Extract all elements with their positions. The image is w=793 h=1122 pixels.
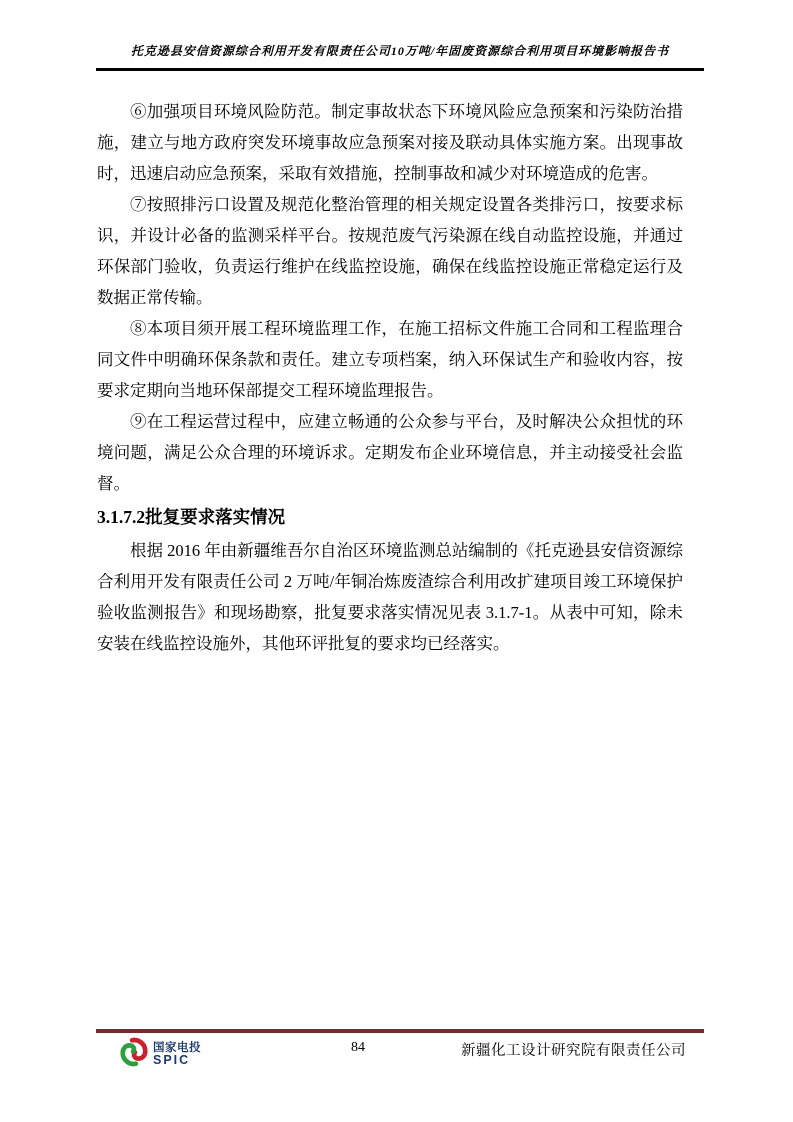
- paragraph-public-participation: ⑨在工程运营过程中，应建立畅通的公众参与平台，及时解决公众担忧的环境问题，满足公…: [97, 406, 683, 499]
- section-heading-number: 3.1.7.2: [97, 507, 145, 527]
- section-heading-title: 批复要求落实情况: [145, 507, 285, 527]
- document-body: ⑥加强项目环境风险防范。制定事故状态下环境风险应急预案和污染防治措施，建立与地方…: [97, 96, 683, 659]
- paragraph-engineering-supervision: ⑧本项目须开展工程环境监理工作，在施工招标文件施工合同和工程监理合同文件中明确环…: [97, 313, 683, 406]
- paragraph-approval-implementation: 根据 2016 年由新疆维吾尔自治区环境监测总站编制的《托克逊县安信资源综合利用…: [97, 535, 683, 659]
- spic-logo: 国家电投 SPIC: [119, 1037, 201, 1072]
- section-heading: 3.1.7.2批复要求落实情况: [97, 502, 683, 532]
- paragraph-risk-prevention: ⑥加强项目环境风险防范。制定事故状态下环境风险应急预案和污染防治措施，建立与地方…: [97, 96, 683, 189]
- page-number: 84: [338, 1040, 378, 1056]
- document-page: 托克逊县安信资源综合利用开发有限责任公司10万吨/年固废资源综合利用项目环境影响…: [0, 0, 793, 1122]
- spic-logo-text: 国家电投 SPIC: [153, 1042, 201, 1067]
- footer-divider: [96, 1029, 704, 1033]
- paragraph-outlet-regulation: ⑦按照排污口设置及规范化整治管理的相关规定设置各类排污口，按要求标识，并设计必备…: [97, 189, 683, 313]
- page-header: 托克逊县安信资源综合利用开发有限责任公司10万吨/年固废资源综合利用项目环境影响…: [96, 42, 704, 71]
- footer-company-name: 新疆化工设计研究院有限责任公司: [461, 1039, 686, 1060]
- header-title: 托克逊县安信资源综合利用开发有限责任公司10万吨/年固废资源综合利用项目环境影响…: [131, 44, 669, 58]
- spic-logo-abbr: SPIC: [153, 1054, 201, 1067]
- spic-logo-icon: [119, 1037, 149, 1072]
